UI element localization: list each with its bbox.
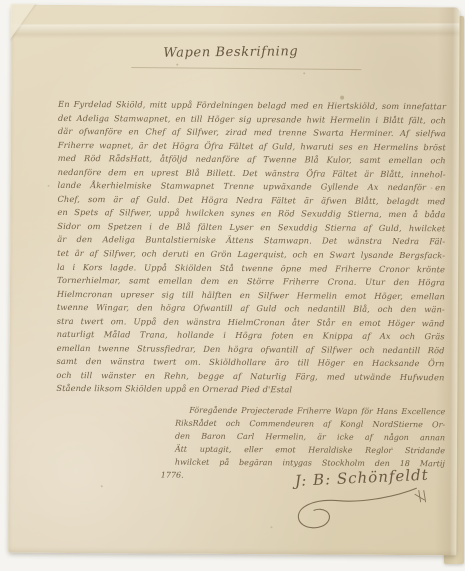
title-underline bbox=[131, 67, 361, 70]
body-line: Stående liksom Skiölden uppå en Ornerad … bbox=[56, 382, 444, 398]
signature-flourish bbox=[288, 483, 433, 532]
signature-block: J: B: Schönfeldt bbox=[286, 468, 451, 531]
paper-specks bbox=[12, 5, 14, 7]
body-text: En Fyrdelad Skiöld, mitt uppå Fördelning… bbox=[56, 98, 446, 398]
document-page: Wapen Beskrifning En Fyrdelad Skiöld, mi… bbox=[8, 5, 459, 556]
document-title: Wapen Beskrifning bbox=[163, 44, 298, 61]
scan-background: Wapen Beskrifning En Fyrdelad Skiöld, mi… bbox=[0, 0, 465, 571]
fold-crease bbox=[12, 23, 460, 38]
corner-dog-ear bbox=[10, 4, 40, 48]
